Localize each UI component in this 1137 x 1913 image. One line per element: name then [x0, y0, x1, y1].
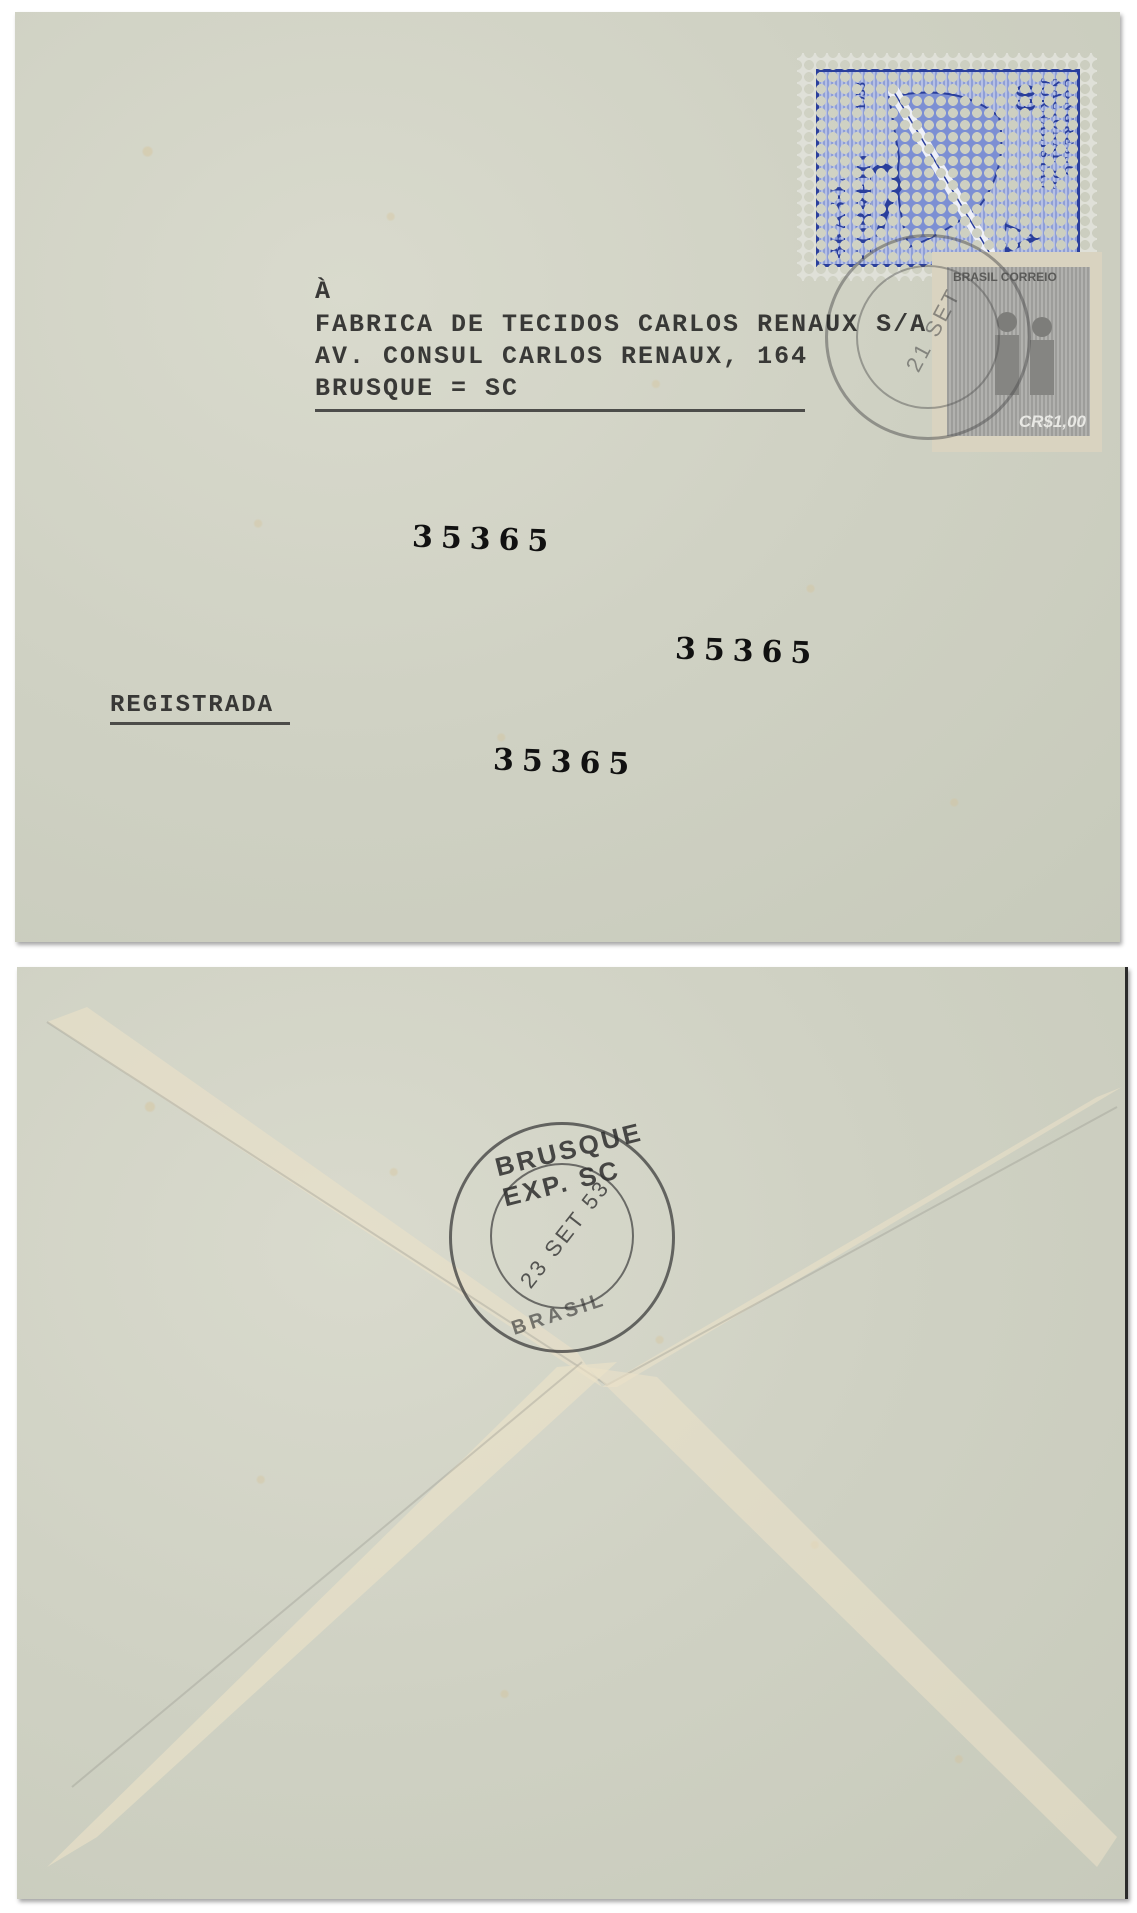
envelope-flaps — [17, 967, 1125, 1899]
address-line-3: BRUSQUE = SC — [315, 374, 519, 403]
postmark-back: BRUSQUE EXP. SC BRASIL 23 SET 53 — [449, 1122, 675, 1353]
envelope-back: BRUSQUE EXP. SC BRASIL 23 SET 53 — [17, 967, 1128, 1899]
address-line-1: FABRICA DE TECIDOS CARLOS RENAUX S/A — [315, 310, 927, 339]
registration-number-2: 35365 — [674, 631, 820, 671]
stamp-year-text: 1953 — [854, 82, 870, 110]
stamp-caption: CONGRESSO NACIONAL DE JORNALISTAS — [1039, 78, 1075, 263]
registration-number-1: 35365 — [411, 519, 557, 559]
address-line-2: AV. CONSUL CARLOS RENAUX, 164 — [315, 342, 808, 371]
registration-number-3: 35365 — [492, 742, 638, 782]
envelope-front: BRASIL CORREIO 1953 60 V CONGRESSO NACIO… — [15, 12, 1120, 942]
registrada-label: REGISTRADA — [110, 692, 274, 719]
address-salutation: À — [315, 277, 332, 306]
stamp-value: CR$1,00 — [1019, 412, 1086, 432]
address-underline — [315, 409, 805, 412]
registrada-underline — [110, 722, 290, 725]
